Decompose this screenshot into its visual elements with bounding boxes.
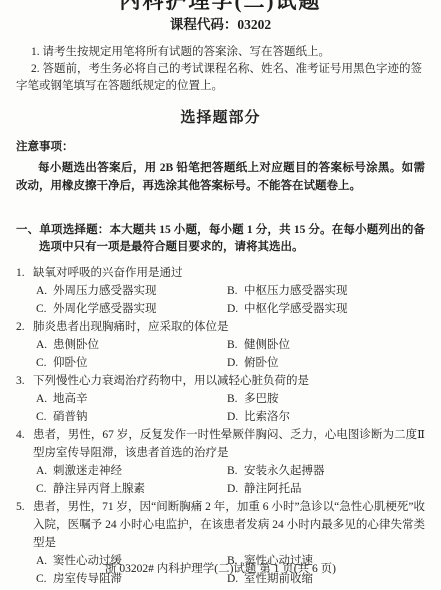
option-b-label: B. [227, 336, 239, 354]
option-c-label: C. [36, 300, 48, 318]
option-c-label: C. [36, 480, 48, 498]
option-d-label: D. [227, 300, 239, 318]
option-b-text: 健侧卧位 [244, 339, 290, 351]
question-4-option-c: C.静注异丙肾上腺素 [36, 480, 227, 498]
question-5-line: 5.患者，男性，71 岁，因“间断胸痛 2 年，加重 6 小时”急诊以“急性心肌… [16, 498, 425, 552]
option-a-text: 刺激迷走神经 [53, 465, 122, 477]
option-b-label: B. [227, 462, 239, 480]
instruction-1: 1. 请考生按规定用笔将所有试题的答案涂、写在答题纸上。 [16, 44, 425, 61]
question-3-option-b: B.多巴胺 [227, 390, 425, 408]
question-2: 2.肺炎患者出现胸痛时，应采取的体位是 A.患侧卧位 B.健侧卧位 C.仰卧位 … [16, 318, 425, 372]
question-3-option-d: D.比索洛尔 [227, 408, 425, 426]
exam-paper-page: 内科护理学(二)试题 课程代码：03202 1. 请考生按规定用笔将所有试题的答… [0, 0, 441, 590]
option-c-text: 外周化学感受器实现 [53, 303, 157, 315]
option-a-label: A. [36, 462, 48, 480]
question-2-options: A.患侧卧位 B.健侧卧位 C.仰卧位 D.俯卧位 [16, 336, 425, 372]
question-5-number: 5. [16, 498, 33, 516]
question-1-text: 缺氧对呼吸的兴奋作用是通过 [33, 267, 183, 279]
question-1-option-b: B.中枢压力感受器实现 [227, 282, 425, 300]
question-3-text: 下列慢性心力衰竭治疗药物中，用以减轻心脏负荷的是 [33, 375, 309, 387]
question-2-option-d: D.俯卧位 [227, 354, 425, 372]
question-4-text: 患者，男性，67 岁，反复发作一时性晕厥伴胸闷、乏力，心电图诊断为二度Ⅱ型房室传… [33, 429, 425, 459]
option-d-text: 俯卧位 [244, 357, 279, 369]
course-code: 课程代码：03202 [16, 16, 425, 34]
option-c-label: C. [36, 408, 48, 426]
option-c-text: 硝普钠 [53, 411, 88, 423]
question-2-option-c: C.仰卧位 [36, 354, 227, 372]
question-4-line: 4.患者，男性，67 岁，反复发作一时性晕厥伴胸闷、乏力，心电图诊断为二度Ⅱ型房… [16, 426, 425, 462]
question-1-number: 1. [16, 264, 33, 282]
question-2-option-a: A.患侧卧位 [36, 336, 227, 354]
candidate-instructions: 1. 请考生按规定用笔将所有试题的答案涂、写在答题纸上。 2. 答题前，考生务必… [16, 44, 425, 95]
question-1-option-c: C.外周化学感受器实现 [36, 300, 227, 318]
question-4-options: A.刺激迷走神经 B.安装永久起搏器 C.静注异丙肾上腺素 D.静注阿托品 [16, 462, 425, 498]
notes-body: 每小题选出答案后，用 2B 铅笔把答题纸上对应题目的答案标号涂黑。如需改动，用橡… [16, 159, 425, 195]
question-3-number: 3. [16, 372, 33, 390]
question-3-option-c: C.硝普钠 [36, 408, 227, 426]
option-d-label: D. [227, 480, 239, 498]
question-5-text: 患者，男性，71 岁，因“间断胸痛 2 年，加重 6 小时”急诊以“急性心肌梗死… [33, 501, 425, 549]
option-d-label: D. [227, 408, 239, 426]
instruction-2: 2. 答题前，考生务必将自己的考试课程名称、姓名、准考证号用黑色字迹的签字笔或钢… [16, 61, 425, 95]
question-4-number: 4. [16, 426, 33, 444]
option-a-text: 地高辛 [53, 393, 88, 405]
question-4-option-d: D.静注阿托品 [227, 480, 425, 498]
question-list: 1.缺氧对呼吸的兴奋作用是通过 A.外周压力感受器实现 B.中枢压力感受器实现 … [16, 264, 425, 588]
notes-label: 注意事项： [16, 139, 425, 155]
option-b-text: 安装永久起搏器 [244, 465, 325, 477]
question-1-line: 1.缺氧对呼吸的兴奋作用是通过 [16, 264, 425, 282]
option-a-label: A. [36, 336, 48, 354]
question-1-option-a: A.外周压力感受器实现 [36, 282, 227, 300]
question-2-line: 2.肺炎患者出现胸痛时，应采取的体位是 [16, 318, 425, 336]
question-2-number: 2. [16, 318, 33, 336]
question-2-text: 肺炎患者出现胸痛时，应采取的体位是 [33, 321, 229, 333]
page-footer: 浙 03202# 内科护理学(二)试题 第 1 页(共 6 页) [0, 561, 441, 577]
section-heading: 选择题部分 [16, 108, 425, 128]
option-d-text: 中枢化学感受器实现 [244, 303, 348, 315]
question-1-options: A.外周压力感受器实现 B.中枢压力感受器实现 C.外周化学感受器实现 D.中枢… [16, 282, 425, 318]
mcq-section-header: 一、单项选择题：本大题共 15 小题，每小题 1 分，共 15 分。在每小题列出… [16, 222, 425, 256]
option-a-label: A. [36, 282, 48, 300]
question-2-option-b: B.健侧卧位 [227, 336, 425, 354]
question-3: 3.下列慢性心力衰竭治疗药物中，用以减轻心脏负荷的是 A.地高辛 B.多巴胺 C… [16, 372, 425, 426]
question-1-option-d: D.中枢化学感受器实现 [227, 300, 425, 318]
question-3-option-a: A.地高辛 [36, 390, 227, 408]
question-4-option-a: A.刺激迷走神经 [36, 462, 227, 480]
option-c-label: C. [36, 354, 48, 372]
option-b-text: 多巴胺 [244, 393, 279, 405]
option-c-text: 仰卧位 [53, 357, 88, 369]
option-b-label: B. [227, 282, 239, 300]
option-b-text: 中枢压力感受器实现 [244, 285, 348, 297]
option-b-label: B. [227, 390, 239, 408]
option-d-text: 比索洛尔 [244, 411, 290, 423]
option-a-text: 外周压力感受器实现 [53, 285, 157, 297]
question-3-options: A.地高辛 B.多巴胺 C.硝普钠 D.比索洛尔 [16, 390, 425, 426]
page-content: 内科护理学(二)试题 课程代码：03202 1. 请考生按规定用笔将所有试题的答… [0, 0, 441, 588]
question-3-line: 3.下列慢性心力衰竭治疗药物中，用以减轻心脏负荷的是 [16, 372, 425, 390]
option-a-label: A. [36, 390, 48, 408]
exam-title: 内科护理学(二)试题 [16, 0, 425, 14]
question-4: 4.患者，男性，67 岁，反复发作一时性晕厥伴胸闷、乏力，心电图诊断为二度Ⅱ型房… [16, 426, 425, 498]
option-d-label: D. [227, 354, 239, 372]
option-c-text: 静注异丙肾上腺素 [53, 483, 145, 495]
question-1: 1.缺氧对呼吸的兴奋作用是通过 A.外周压力感受器实现 B.中枢压力感受器实现 … [16, 264, 425, 318]
option-a-text: 患侧卧位 [53, 339, 99, 351]
option-d-text: 静注阿托品 [244, 483, 302, 495]
question-4-option-b: B.安装永久起搏器 [227, 462, 425, 480]
